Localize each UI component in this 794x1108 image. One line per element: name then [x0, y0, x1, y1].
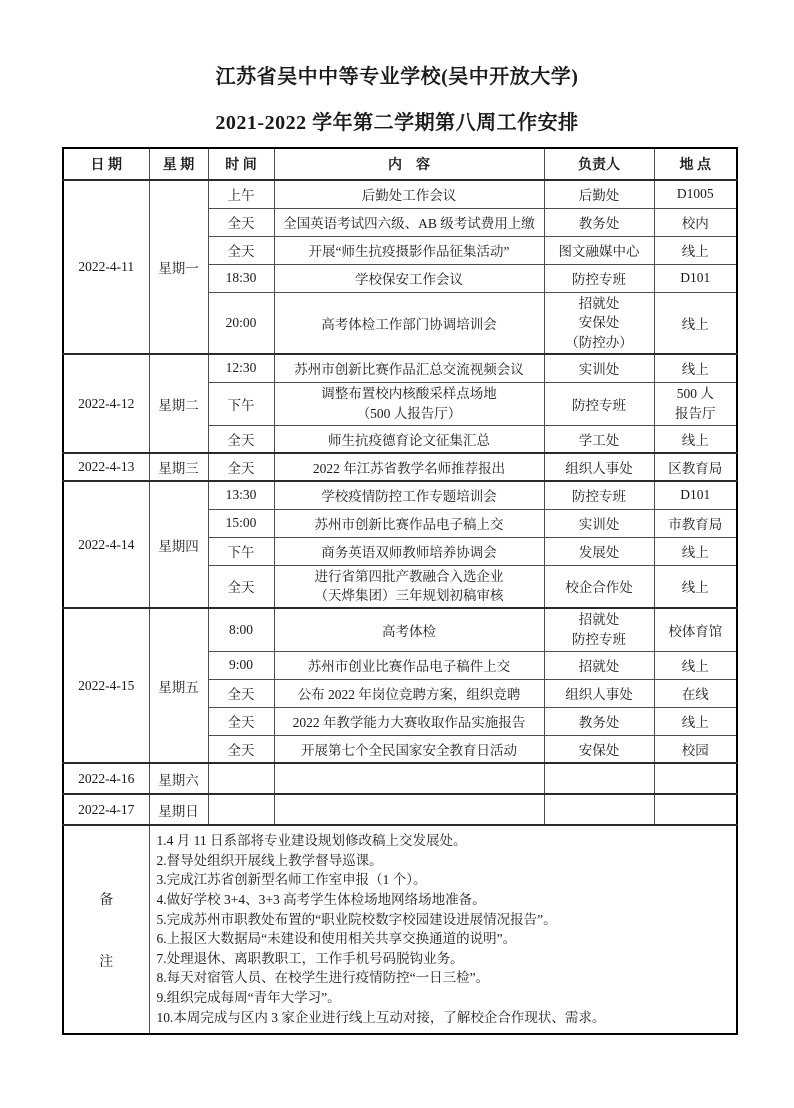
place-cell: 校内 [654, 208, 737, 236]
table-row: 2022-4-15 星期五 8:00 高考体检 招就处 防控专班 校体育馆 [63, 608, 737, 651]
weekday-cell: 星期二 [149, 354, 208, 453]
time-cell: 8:00 [208, 608, 274, 651]
time-cell: 全天 [208, 208, 274, 236]
place-cell: 线上 [654, 537, 737, 565]
place-cell: D101 [654, 264, 737, 292]
content-cell: 2022 年教学能力大赛收取作品实施报告 [274, 707, 544, 735]
time-cell [208, 763, 274, 794]
owner-cell: 防控专班 [544, 264, 654, 292]
header-place: 地 点 [654, 148, 737, 180]
content-cell: 全国英语考试四六级、AB 级考试费用上缴 [274, 208, 544, 236]
time-cell: 全天 [208, 707, 274, 735]
owner-cell: 教务处 [544, 707, 654, 735]
time-cell: 13:30 [208, 481, 274, 509]
content-cell: 学校保安工作会议 [274, 264, 544, 292]
place-cell: 线上 [654, 354, 737, 382]
schedule-table: 日 期 星 期 时 间 内 容 负责人 地 点 2022-4-11 星期一 上午… [62, 147, 738, 1035]
content-cell: 2022 年江苏省教学名师推荐报出 [274, 453, 544, 481]
content-cell: 苏州市创新比赛作品汇总交流视频会议 [274, 354, 544, 382]
note-item: 9.组织完成每周“青年大学习”。 [157, 988, 729, 1008]
owner-cell [544, 763, 654, 794]
content-cell: 高考体检工作部门协调培训会 [274, 292, 544, 354]
content-cell: 后勤处工作会议 [274, 180, 544, 208]
time-cell: 下午 [208, 382, 274, 425]
time-cell: 上午 [208, 180, 274, 208]
note-item: 1.4 月 11 日系部将专业建设规划修改稿上交发展处。 [157, 831, 729, 851]
content-cell: 进行省第四批产教融合入选企业 （天烨集团）三年规划初稿审核 [274, 565, 544, 608]
date-cell: 2022-4-16 [63, 763, 149, 794]
header-date: 日 期 [63, 148, 149, 180]
place-cell: 校体育馆 [654, 608, 737, 651]
place-cell: 在线 [654, 679, 737, 707]
owner-cell: 校企合作处 [544, 565, 654, 608]
place-cell [654, 794, 737, 825]
note-item: 8.每天对宿管人员、在校学生进行疫情防控“一日三检”。 [157, 968, 729, 988]
weekday-cell: 星期六 [149, 763, 208, 794]
header-weekday: 星 期 [149, 148, 208, 180]
time-cell: 全天 [208, 679, 274, 707]
header-owner: 负责人 [544, 148, 654, 180]
content-cell [274, 794, 544, 825]
document-page: 江苏省吴中中等专业学校(吴中开放大学) 2021-2022 学年第二学期第八周工… [0, 0, 794, 1108]
place-cell: 线上 [654, 707, 737, 735]
owner-cell: 招就处 [544, 651, 654, 679]
table-row: 2022-4-14 星期四 13:30 学校疫情防控工作专题培训会 防控专班 D… [63, 481, 737, 509]
header-content: 内 容 [274, 148, 544, 180]
owner-cell: 后勤处 [544, 180, 654, 208]
owner-cell: 实训处 [544, 509, 654, 537]
date-cell: 2022-4-17 [63, 794, 149, 825]
time-cell: 15:00 [208, 509, 274, 537]
owner-cell: 发展处 [544, 537, 654, 565]
time-cell: 20:00 [208, 292, 274, 354]
owner-cell: 招就处 防控专班 [544, 608, 654, 651]
content-cell: 调整布置校内核酸采样点场地 （500 人报告厅） [274, 382, 544, 425]
place-cell: 线上 [654, 425, 737, 453]
owner-cell [544, 794, 654, 825]
doc-subtitle: 2021-2022 学年第二学期第八周工作安排 [0, 106, 794, 135]
time-cell: 全天 [208, 453, 274, 481]
notes-label-top: 备 [99, 889, 113, 909]
time-cell: 12:30 [208, 354, 274, 382]
owner-cell: 教务处 [544, 208, 654, 236]
content-cell: 开展“师生抗疫摄影作品征集活动” [274, 236, 544, 264]
owner-cell: 图文融媒中心 [544, 236, 654, 264]
content-cell: 开展第七个全民国家安全教育日活动 [274, 735, 544, 763]
place-cell: 校园 [654, 735, 737, 763]
time-cell: 全天 [208, 236, 274, 264]
place-cell: D1005 [654, 180, 737, 208]
content-cell: 苏州市创业比赛作品电子稿件上交 [274, 651, 544, 679]
place-cell: 线上 [654, 565, 737, 608]
doc-title: 江苏省吴中中等专业学校(吴中开放大学) [0, 60, 794, 89]
content-cell: 商务英语双师教师培养协调会 [274, 537, 544, 565]
header-time: 时 间 [208, 148, 274, 180]
table-row: 2022-4-12 星期二 12:30 苏州市创新比赛作品汇总交流视频会议 实训… [63, 354, 737, 382]
weekday-cell: 星期三 [149, 453, 208, 481]
weekday-cell: 星期五 [149, 608, 208, 763]
place-cell: 区教育局 [654, 453, 737, 481]
owner-cell: 实训处 [544, 354, 654, 382]
time-cell: 全天 [208, 425, 274, 453]
place-cell: 500 人 报告厅 [654, 382, 737, 425]
date-cell: 2022-4-11 [63, 180, 149, 354]
owner-cell: 组织人事处 [544, 453, 654, 481]
owner-cell: 招就处 安保处 （防控办） [544, 292, 654, 354]
owner-cell: 组织人事处 [544, 679, 654, 707]
owner-cell: 学工处 [544, 425, 654, 453]
notes-body: 1.4 月 11 日系部将专业建设规划修改稿上交发展处。 2.督导处组织开展线上… [149, 825, 737, 1034]
owner-cell: 防控专班 [544, 382, 654, 425]
content-cell: 苏州市创新比赛作品电子稿上交 [274, 509, 544, 537]
date-cell: 2022-4-12 [63, 354, 149, 453]
table-row: 2022-4-17 星期日 [63, 794, 737, 825]
weekday-cell: 星期一 [149, 180, 208, 354]
note-item: 10.本周完成与区内 3 家企业进行线上互动对接，了解校企合作现状、需求。 [157, 1008, 729, 1028]
note-item: 4.做好学校 3+4、3+3 高考学生体检场地网络场地准备。 [157, 890, 729, 910]
header-row: 日 期 星 期 时 间 内 容 负责人 地 点 [63, 148, 737, 180]
place-cell: 线上 [654, 236, 737, 264]
owner-cell: 安保处 [544, 735, 654, 763]
table-row: 2022-4-11 星期一 上午 后勤处工作会议 后勤处 D1005 [63, 180, 737, 208]
time-cell: 9:00 [208, 651, 274, 679]
note-item: 2.督导处组织开展线上教学督导巡课。 [157, 851, 729, 871]
weekday-cell: 星期日 [149, 794, 208, 825]
note-item: 7.处理退休、离职教职工，工作手机号码脱钩业务。 [157, 949, 729, 969]
date-cell: 2022-4-14 [63, 481, 149, 608]
time-cell: 18:30 [208, 264, 274, 292]
table-row: 2022-4-13 星期三 全天 2022 年江苏省教学名师推荐报出 组织人事处… [63, 453, 737, 481]
content-cell: 师生抗疫德育论文征集汇总 [274, 425, 544, 453]
table-row: 2022-4-16 星期六 [63, 763, 737, 794]
place-cell: D101 [654, 481, 737, 509]
place-cell: 线上 [654, 651, 737, 679]
place-cell: 线上 [654, 292, 737, 354]
content-cell [274, 763, 544, 794]
date-cell: 2022-4-15 [63, 608, 149, 763]
notes-label: 备 注 [63, 825, 149, 1034]
note-item: 6.上报区大数据局“未建设和使用相关共享交换通道的说明”。 [157, 929, 729, 949]
notes-label-bottom: 注 [99, 951, 113, 971]
content-cell: 公布 2022 年岗位竞聘方案，组织竞聘 [274, 679, 544, 707]
time-cell [208, 794, 274, 825]
time-cell: 全天 [208, 565, 274, 608]
time-cell: 全天 [208, 735, 274, 763]
owner-cell: 防控专班 [544, 481, 654, 509]
date-cell: 2022-4-13 [63, 453, 149, 481]
notes-row: 备 注 1.4 月 11 日系部将专业建设规划修改稿上交发展处。 2.督导处组织… [63, 825, 737, 1034]
place-cell [654, 763, 737, 794]
note-item: 3.完成江苏省创新型名师工作室申报（1 个）。 [157, 870, 729, 890]
content-cell: 学校疫情防控工作专题培训会 [274, 481, 544, 509]
time-cell: 下午 [208, 537, 274, 565]
note-item: 5.完成苏州市职教处布置的“职业院校数字校园建设进展情况报告”。 [157, 910, 729, 930]
place-cell: 市教育局 [654, 509, 737, 537]
weekday-cell: 星期四 [149, 481, 208, 608]
content-cell: 高考体检 [274, 608, 544, 651]
